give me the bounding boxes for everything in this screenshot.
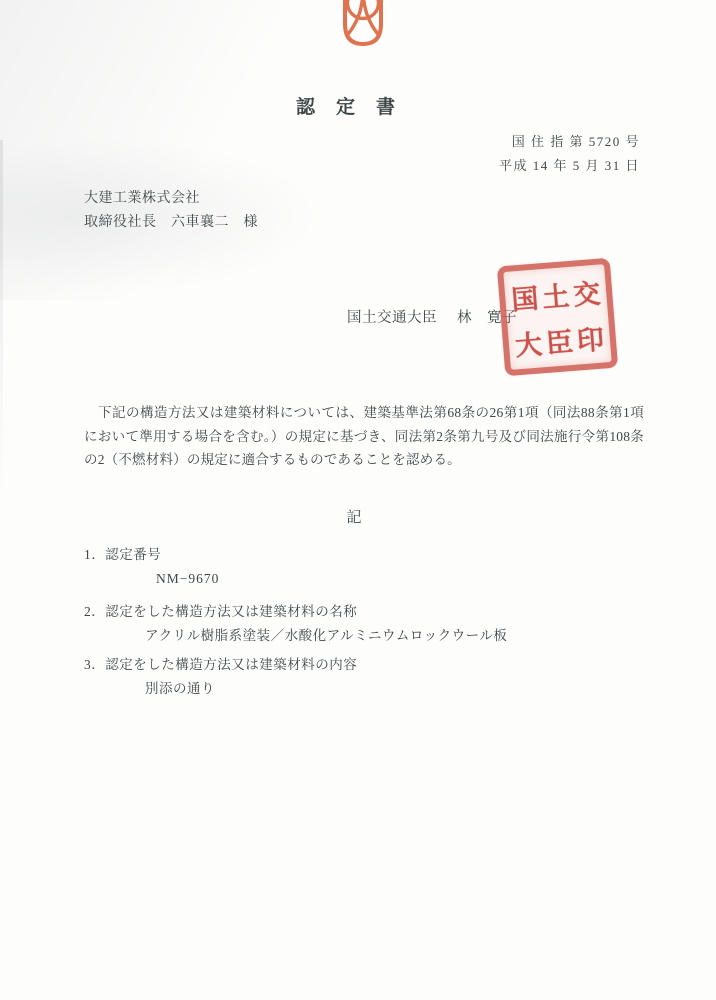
minister-title: 国土交通大臣 bbox=[347, 310, 437, 326]
item-number: 2． bbox=[84, 601, 105, 622]
minister-seal-stamp: 国 土 交 大 臣 印 bbox=[497, 258, 618, 377]
certification-body-paragraph: 下記の構造方法又は建築材料については、建築基準法第68条の26第1項（同法88条… bbox=[84, 401, 644, 472]
scan-shadow-artifact bbox=[0, 0, 480, 300]
document-title: 認 定 書 bbox=[0, 92, 692, 119]
reference-block: 国 住 指 第 5720 号 平成 14 年 5 月 31 日 bbox=[499, 130, 640, 178]
material-content-value: 別添の通り bbox=[84, 678, 357, 699]
seal-char: 印 bbox=[573, 313, 608, 361]
seal-char: 土 bbox=[538, 270, 573, 318]
recipient-person: 取締役社長 六車襄二 様 bbox=[84, 211, 258, 235]
certification-number-value: NM−9670 bbox=[84, 568, 219, 589]
item-label: 認定をした構造方法又は建築材料の名称 bbox=[105, 604, 357, 619]
item-label: 認定をした構造方法又は建築材料の内容 bbox=[105, 657, 357, 672]
certified-item-number: 1．認定番号 NM−9670 bbox=[84, 544, 219, 589]
certified-item-material-name: 2．認定をした構造方法又は建築材料の名称 アクリル樹脂系塗装／水酸化アルミニウム… bbox=[84, 601, 507, 646]
reference-number: 国 住 指 第 5720 号 bbox=[499, 130, 640, 154]
note-header: 記 bbox=[0, 506, 708, 527]
seal-char: 大 bbox=[511, 318, 546, 366]
seal-char: 臣 bbox=[542, 316, 577, 364]
certified-item-material-content: 3．認定をした構造方法又は建築材料の内容 別添の通り bbox=[84, 654, 357, 699]
recipient-block: 大建工業株式会社 取締役社長 六車襄二 様 bbox=[84, 187, 258, 235]
material-name-value: アクリル樹脂系塗装／水酸化アルミニウムロックウール板 bbox=[84, 625, 507, 646]
issue-date: 平成 14 年 5 月 31 日 bbox=[499, 154, 640, 178]
scan-edge-artifact bbox=[0, 140, 3, 500]
seal-char: 国 bbox=[508, 272, 543, 320]
issuer-line: 国土交通大臣林 寛子 bbox=[347, 306, 517, 327]
red-emblem-stamp-icon bbox=[334, 0, 392, 50]
item-number: 1． bbox=[84, 544, 105, 565]
item-number: 3． bbox=[84, 654, 105, 675]
recipient-company: 大建工業株式会社 bbox=[84, 187, 258, 211]
certificate-document-page: 認 定 書 国 住 指 第 5720 号 平成 14 年 5 月 31 日 大建… bbox=[0, 0, 716, 1000]
seal-char: 交 bbox=[569, 267, 604, 315]
item-label: 認定番号 bbox=[105, 547, 161, 562]
